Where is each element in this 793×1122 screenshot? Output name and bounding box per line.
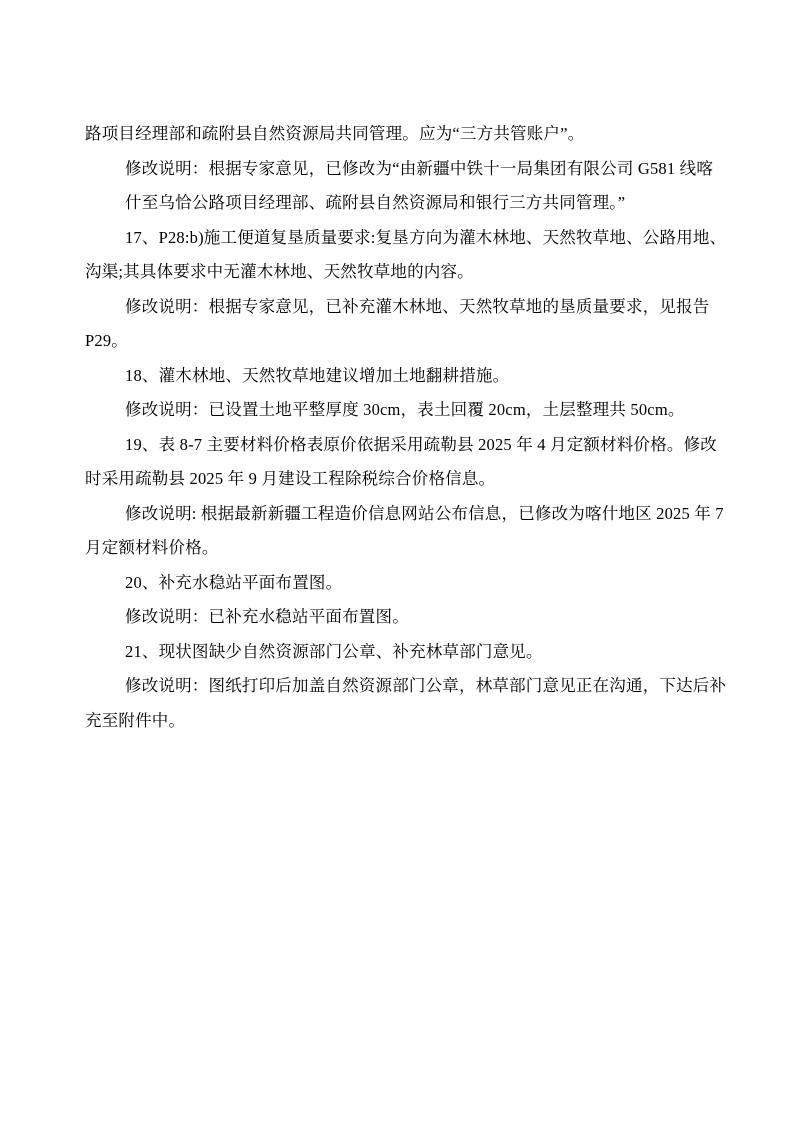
- text-line: 17、P28:b)施工便道复垦质量要求:复垦方向为灌木林地、天然牧草地、公路用地…: [85, 221, 725, 256]
- text-line: 20、补充水稳站平面布置图。: [85, 566, 725, 601]
- text-line: 充至附件中。: [85, 704, 725, 739]
- text-line: 修改说明：根据专家意见，已修改为“由新疆中铁十一局集团有限公司 G581 线喀: [85, 152, 725, 187]
- document-page: 路项目经理部和疏附县自然资源局共同管理。应为“三方共管账户”。修改说明：根据专家…: [0, 0, 793, 1122]
- text-line: 修改说明：根据专家意见，已补充灌木林地、天然牧草地的垦质量要求，见报告: [85, 290, 725, 325]
- text-block: 路项目经理部和疏附县自然资源局共同管理。应为“三方共管账户”。修改说明：根据专家…: [85, 117, 725, 738]
- text-line: 路项目经理部和疏附县自然资源局共同管理。应为“三方共管账户”。: [85, 117, 725, 152]
- text-line: 月定额材料价格。: [85, 531, 725, 566]
- text-line: 什至乌恰公路项目经理部、疏附县自然资源局和银行三方共同管理。”: [85, 186, 725, 221]
- text-line: 时采用疏勒县 2025 年 9 月建设工程除税综合价格信息。: [85, 462, 725, 497]
- text-line: P29。: [85, 324, 725, 359]
- text-line: 修改说明：已设置土地平整厚度 30cm，表土回覆 20cm，土层整理共 50cm…: [85, 393, 725, 428]
- text-line: 18、灌木林地、天然牧草地建议增加土地翻耕措施。: [85, 359, 725, 394]
- text-line: 修改说明: 根据最新新疆工程造价信息网站公布信息，已修改为喀什地区 2025 年…: [85, 497, 725, 532]
- text-line: 修改说明：图纸打印后加盖自然资源部门公章，林草部门意见正在沟通，下达后补: [85, 669, 725, 704]
- text-line: 21、现状图缺少自然资源部门公章、补充林草部门意见。: [85, 635, 725, 670]
- text-line: 沟渠;其具体要求中无灌木林地、天然牧草地的内容。: [85, 255, 725, 290]
- text-line: 修改说明：已补充水稳站平面布置图。: [85, 600, 725, 635]
- text-line: 19、表 8-7 主要材料价格表原价依据采用疏勒县 2025 年 4 月定额材料…: [85, 428, 725, 463]
